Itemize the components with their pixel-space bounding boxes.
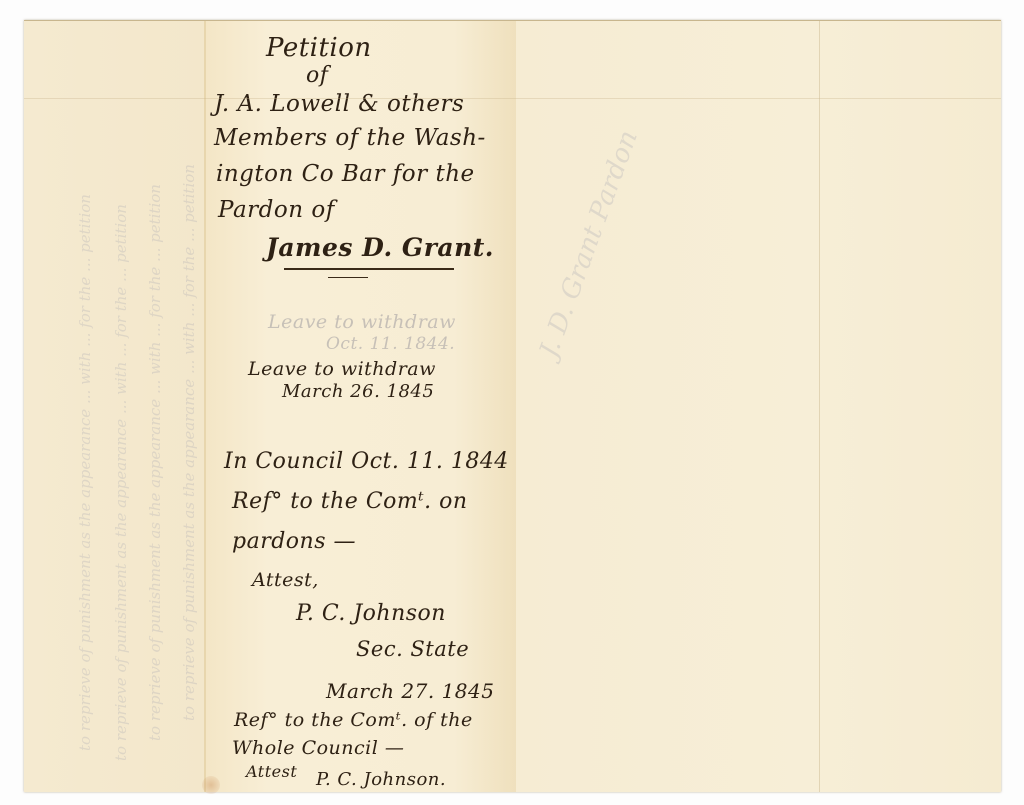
- bleedthrough-text-left: to reprieve of punishment as the appeara…: [76, 194, 94, 751]
- council-1844-title: Sec. State: [356, 637, 469, 661]
- bleedthrough-text-left-3: to reprieve of punishment as the appeara…: [146, 184, 164, 741]
- title-petition: Petition: [266, 33, 372, 63]
- horizontal-fold-line: [24, 98, 1001, 99]
- vertical-fold-line: [819, 21, 820, 792]
- council-1844-pardons: pardons —: [232, 529, 356, 554]
- council-1844-signature: P. C. Johnson: [296, 601, 446, 626]
- leave-date: March 26. 1845: [282, 381, 434, 402]
- title-pardon-of: Pardon of: [218, 197, 335, 223]
- council-1844-attest: Attest,: [252, 569, 319, 591]
- title-members: Members of the Wash-: [214, 125, 486, 151]
- title-convict-name: James D. Grant.: [266, 233, 494, 262]
- title-underline: [284, 268, 454, 270]
- manuscript-page: to reprieve of punishment as the appeara…: [24, 20, 1001, 792]
- title-petitioners: J. A. Lowell & others: [214, 91, 464, 117]
- faint-leave-to-withdraw: Leave to withdraw: [268, 311, 456, 333]
- title-county-bar: ington Co Bar for the: [216, 161, 475, 187]
- bleedthrough-text-left-2: to reprieve of punishment as the appeara…: [112, 204, 130, 761]
- corner-stain: [202, 776, 220, 794]
- faint-leave-date: Oct. 11. 1844.: [326, 334, 455, 354]
- right-page: J. D. Grant Pardon: [516, 21, 1001, 792]
- council-1845-attest: Attest: [246, 762, 297, 781]
- council-1844-referral: Ref° to the Comᵗ. on: [232, 489, 468, 514]
- leave-to-withdraw: Leave to withdraw: [248, 358, 436, 380]
- docket-panel: Petition of J. A. Lowell & others Member…: [204, 21, 518, 792]
- council-1845-whole-council: Whole Council —: [232, 737, 404, 759]
- bleedthrough-text-left-4: to reprieve of punishment as the appeara…: [180, 164, 198, 721]
- bleedthrough-text-right: J. D. Grant Pardon: [534, 127, 644, 362]
- left-fold-panel: to reprieve of punishment as the appeara…: [24, 21, 205, 792]
- council-1845-date: March 27. 1845: [326, 679, 494, 703]
- title-of: of: [306, 63, 328, 88]
- council-1845-signature: P. C. Johnson.: [316, 769, 446, 790]
- council-1844-date: In Council Oct. 11. 1844: [224, 449, 509, 474]
- title-underline-short: [328, 277, 368, 278]
- council-1845-referral: Ref° to the Comᵗ. of the: [234, 709, 473, 731]
